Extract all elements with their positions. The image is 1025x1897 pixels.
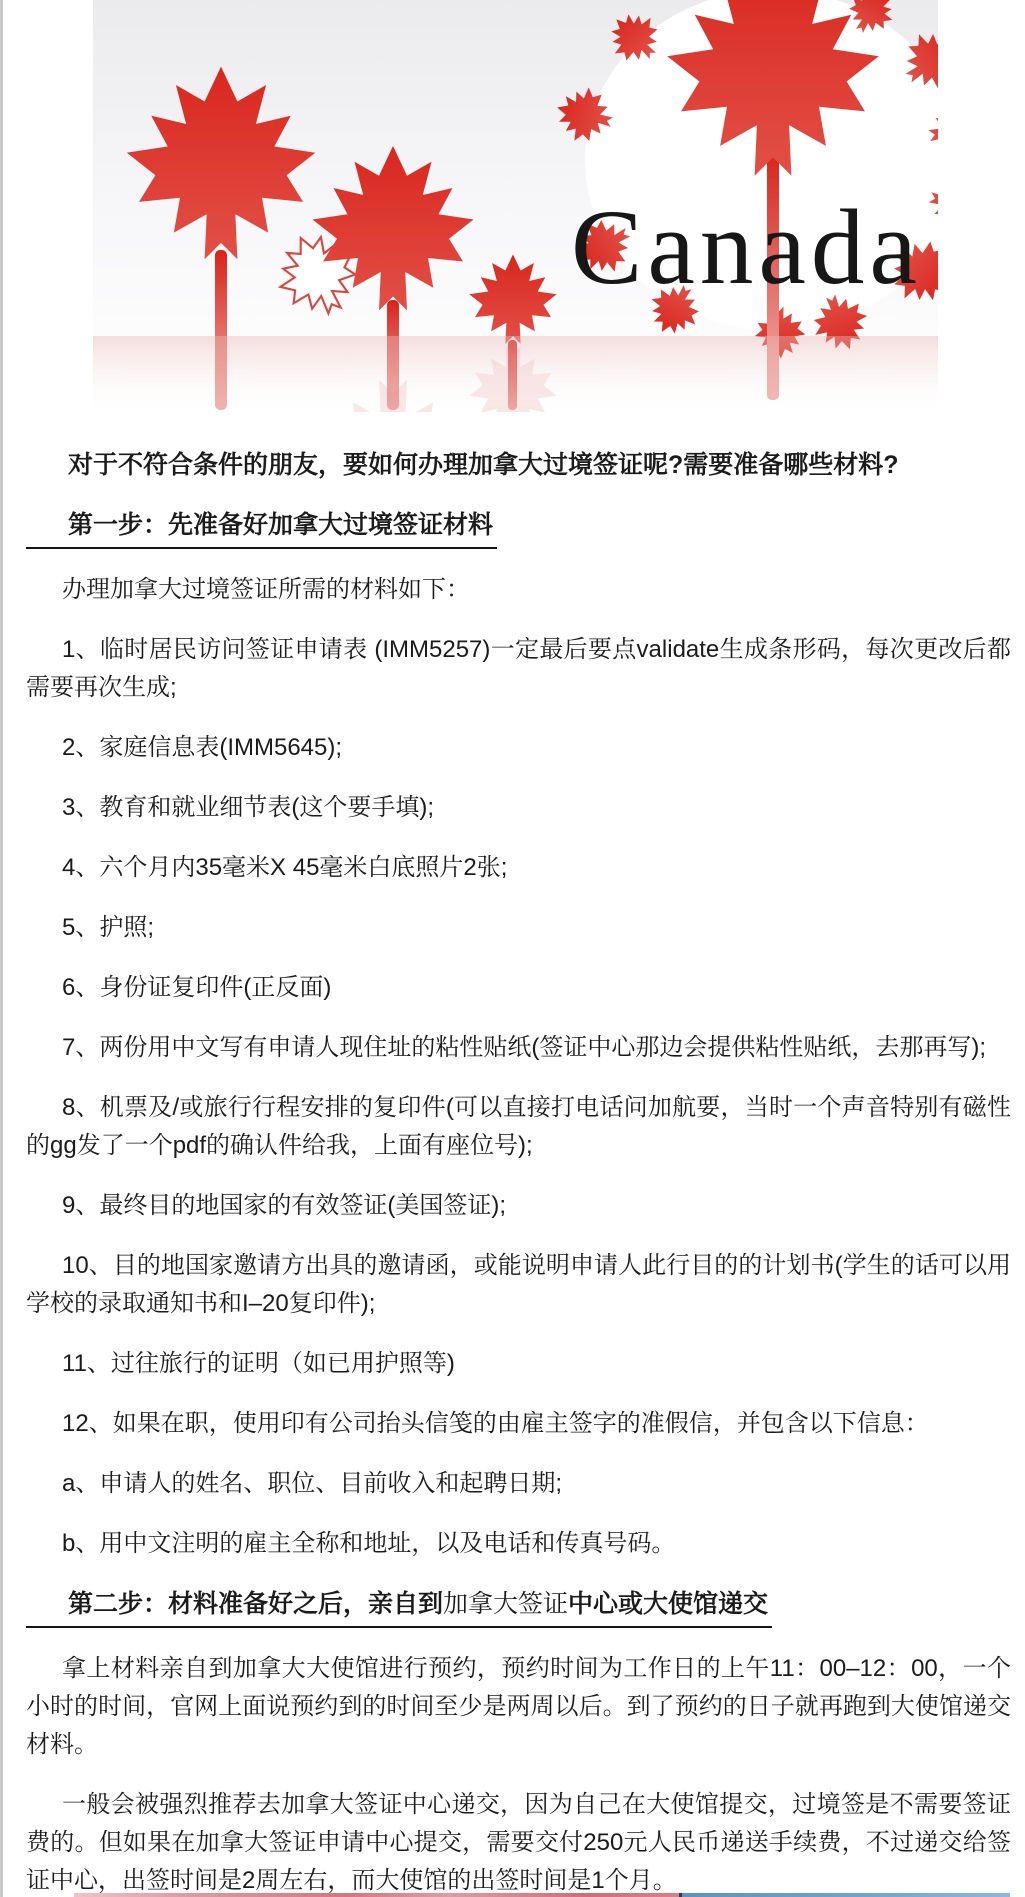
strip-blue-segment [679,1893,1010,1897]
article-page: { "banner": { "wordmark": "Canada", "col… [0,0,1025,1897]
material-item-12b: b、用中文注明的雇主全称和地址，以及电话和传真号码。 [26,1525,1011,1563]
material-item-8: 8、机票及/或旅行行程安排的复印件(可以直接打电话问加航要，当时一个声音特别有磁… [26,1089,1011,1165]
material-item-9: 9、最终目的地国家的有效签证(美国签证); [26,1187,1011,1225]
step2-heading: 第二步：材料准备好之后，亲自到加拿大签证中心或大使馆递交 [26,1585,1011,1628]
step2-heading-bold-2: 中心或大使馆递交 [568,1590,768,1618]
step2-heading-underline: 第二步：材料准备好之后，亲自到加拿大签证中心或大使馆递交 [26,1585,772,1628]
step2-heading-regular: 加拿大签证 [443,1590,568,1618]
intro-question: 对于不符合条件的朋友，要如何办理加拿大过境签证呢?需要准备哪些材料? [26,446,1011,484]
canada-banner-image: Canada [93,0,938,412]
reflection-wash [93,336,938,412]
canada-wordmark: Canada [571,189,922,307]
material-item-10: 10、目的地国家邀请方出具的邀请函，或能说明申请人此行目的的计划书(学生的话可以… [26,1247,1011,1323]
step1-lead: 办理加拿大过境签证所需的材料如下： [26,571,1011,609]
material-item-4: 4、六个月内35毫米X 45毫米白底照片2张; [26,849,1011,887]
next-image-top-strip [74,1893,1010,1897]
step2-paragraph-1: 拿上材料亲自到加拿大大使馆进行预约，预约时间为工作日的上午11：00–12：00… [26,1650,1011,1764]
material-item-5: 5、护照; [26,909,1011,947]
step2-paragraph-2: 一般会被强烈推荐去加拿大签证中心递交，因为自己在大使馆提交，过境签是不需要签证费… [26,1786,1011,1897]
canada-banner-graphic: Canada [93,0,938,412]
step2-heading-bold-1: 第二步：材料准备好之后，亲自到 [68,1590,443,1618]
step1-heading-underline: 第一步：先准备好加拿大过境签证材料 [26,506,497,549]
article-content: Canada 对于不符合条件的朋友，要如何办理加拿大过境签证呢?需要准备哪些材料… [0,0,1025,1897]
material-item-7: 7、两份用中文写有申请人现住址的粘性贴纸(签证中心那边会提供粘性贴纸，去那再写)… [26,1029,1011,1067]
step1-heading: 第一步：先准备好加拿大过境签证材料 [26,506,1011,549]
material-item-3: 3、教育和就业细节表(这个要手填); [26,789,1011,827]
material-item-2: 2、家庭信息表(IMM5645); [26,729,1011,767]
material-item-6: 6、身份证复印件(正反面) [26,969,1011,1007]
material-item-1: 1、临时居民访问签证申请表 (IMM5257)一定最后要点validate生成条… [26,631,1011,707]
material-item-11: 11、过往旅行的证明（如已用护照等) [26,1345,1011,1383]
material-item-12a: a、申请人的姓名、职位、目前收入和起聘日期; [26,1465,1011,1503]
step1-heading-text: 第一步：先准备好加拿大过境签证材料 [68,511,493,539]
material-item-12: 12、如果在职，使用印有公司抬头信笺的由雇主签字的准假信，并包含以下信息： [26,1405,1011,1443]
strip-red-segment [74,1893,679,1897]
